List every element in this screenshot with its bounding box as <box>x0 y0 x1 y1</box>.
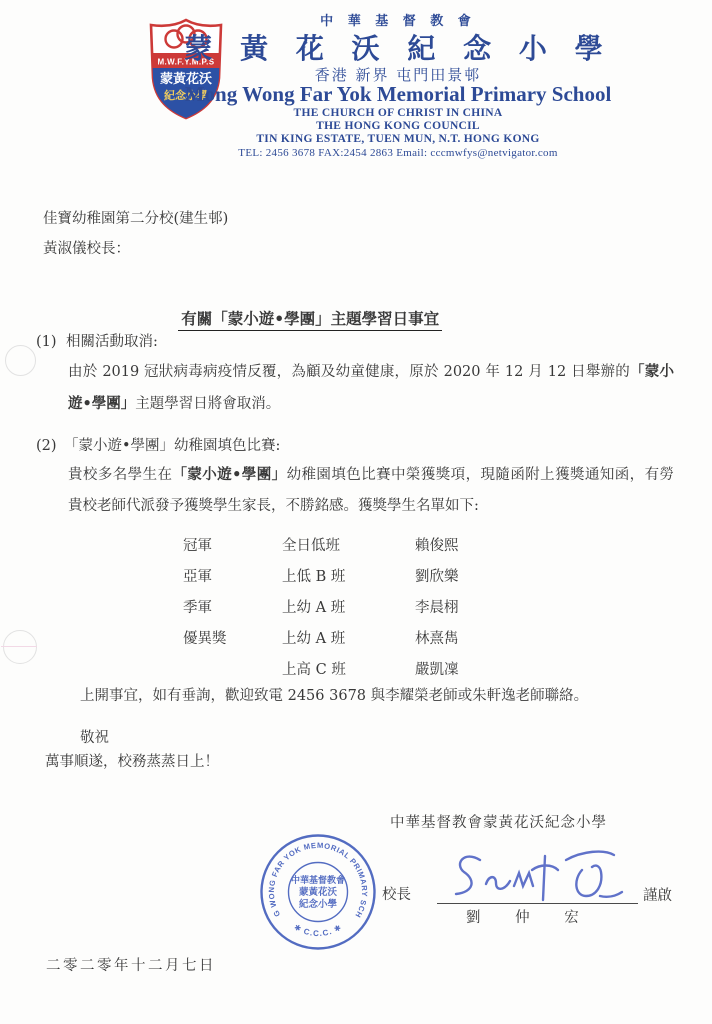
school-round-stamp: MONG WONG FAR YOK MEMORIAL PRIMARY SCHOO… <box>258 832 378 952</box>
subject-title: 有關「蒙小遊•學團」主題學習日事宜 <box>178 309 442 331</box>
stamp-center-line1: 中華基督教會 <box>291 874 345 886</box>
winner-class: 上幼 A 班 <box>282 596 345 617</box>
item1-number: (1) <box>36 333 57 352</box>
winner-award: 冠軍 <box>183 534 212 555</box>
winner-name: 林熹雋 <box>415 627 459 648</box>
salute-line2: 萬事順遂，校務蒸蒸日上！ <box>45 753 219 772</box>
inquiry-line: 上開事宜，如有垂詢，歡迎致電 2456 3678 與李耀榮老師或朱軒逸老師聯絡。 <box>80 687 588 706</box>
principal-signature-handwriting <box>448 846 648 908</box>
item1-body-post: 主題學習日將會取消。 <box>135 396 280 412</box>
winner-class: 上低 B 班 <box>282 565 345 586</box>
winner-name: 賴俊熙 <box>415 534 459 555</box>
winner-award: 季軍 <box>183 596 212 617</box>
contact-line: TEL: 2456 3678 FAX:2454 2863 Email: cccm… <box>84 147 712 159</box>
item2-heading: 「蒙小遊•學團」幼稚園填色比賽: <box>64 437 280 456</box>
winner-row: 冠軍 全日低班 賴俊熙 <box>0 534 712 565</box>
school-name-chinese: 蒙 黃 花 沃 紀 念 小 學 <box>84 27 712 67</box>
winner-class: 上幼 A 班 <box>282 627 345 648</box>
estate-address-line: TIN KING ESTATE, TUEN MUN, N.T. HONG KON… <box>84 133 712 145</box>
winner-row: 季軍 上幼 A 班 李晨栩 <box>0 596 712 627</box>
council-line: THE HONG KONG COUNCIL <box>84 120 712 132</box>
letterhead: 中 華 基 督 教 會 蒙 黃 花 沃 紀 念 小 學 香港 新界 屯門田景邨 … <box>84 0 712 170</box>
item1-body-pre: 由於 2019 冠狀病毒病疫情反覆，為顧及幼童健康，原於 2020 年 12 月… <box>68 364 630 380</box>
svg-text:✱ C.C.C. ✱: ✱ C.C.C. ✱ <box>292 922 343 938</box>
winner-row: 優異獎 上幼 A 班 林熹雋 <box>0 627 712 658</box>
stamp-bottom-text: ✱ C.C.C. ✱ <box>292 922 343 938</box>
principal-name: 劉 仲 宏 <box>466 909 594 928</box>
item2-body-bold: 「蒙小遊•學團」 <box>172 466 286 483</box>
school-name-english: Mong Wong Far Yok Memorial Primary Schoo… <box>84 82 712 107</box>
letter-page: M.W.F.Y.M.P.S 蒙黃花沃 紀念小學 中 華 基 督 教 會 蒙 黃 … <box>0 0 712 1024</box>
signature-school-name: 中華基督教會蒙黃花沃紀念小學 <box>390 814 607 833</box>
winner-name: 劉欣樂 <box>415 565 459 586</box>
principal-role-label: 校長 <box>382 886 411 905</box>
letter-date: 二零二零年十二月七日 <box>46 957 216 976</box>
winner-row: 上高 C 班 嚴凱凜 <box>0 658 712 689</box>
winner-class: 全日低班 <box>282 534 340 555</box>
stamp-center-line2: 蒙黃花沃 <box>299 886 338 898</box>
winner-row: 亞軍 上低 B 班 劉欣樂 <box>0 565 712 596</box>
winner-award: 亞軍 <box>183 565 212 586</box>
winner-name: 嚴凱凜 <box>415 658 459 679</box>
salute-line1: 敬祝 <box>80 729 109 748</box>
stamp-center-line3: 紀念小學 <box>298 898 338 910</box>
item1-body: 由於 2019 冠狀病毒病疫情反覆，為顧及幼童健康，原於 2020 年 12 月… <box>68 356 674 420</box>
church-line: THE CHURCH OF CHRIST IN CHINA <box>84 107 712 119</box>
winner-name: 李晨栩 <box>415 596 459 617</box>
winner-award: 優異獎 <box>183 627 227 648</box>
recipient-principal: 黃淑儀校長： <box>43 240 130 259</box>
item2-body: 貴校多名學生在「蒙小遊•學團」幼稚園填色比賽中榮獲獎項，現隨函附上獲獎通知函，有… <box>68 459 674 522</box>
hole-punch-top <box>5 345 36 376</box>
item1-heading: 相關活動取消: <box>66 333 158 352</box>
respect-closing-label: 謹啟 <box>643 887 672 906</box>
item2-body-pre: 貴校多名學生在 <box>68 467 172 483</box>
recipient-school: 佳寶幼稚園第二分校(建生邨) <box>43 210 228 229</box>
winner-class: 上高 C 班 <box>282 658 346 679</box>
item2-number: (2) <box>36 437 57 456</box>
signature-line <box>437 903 638 904</box>
